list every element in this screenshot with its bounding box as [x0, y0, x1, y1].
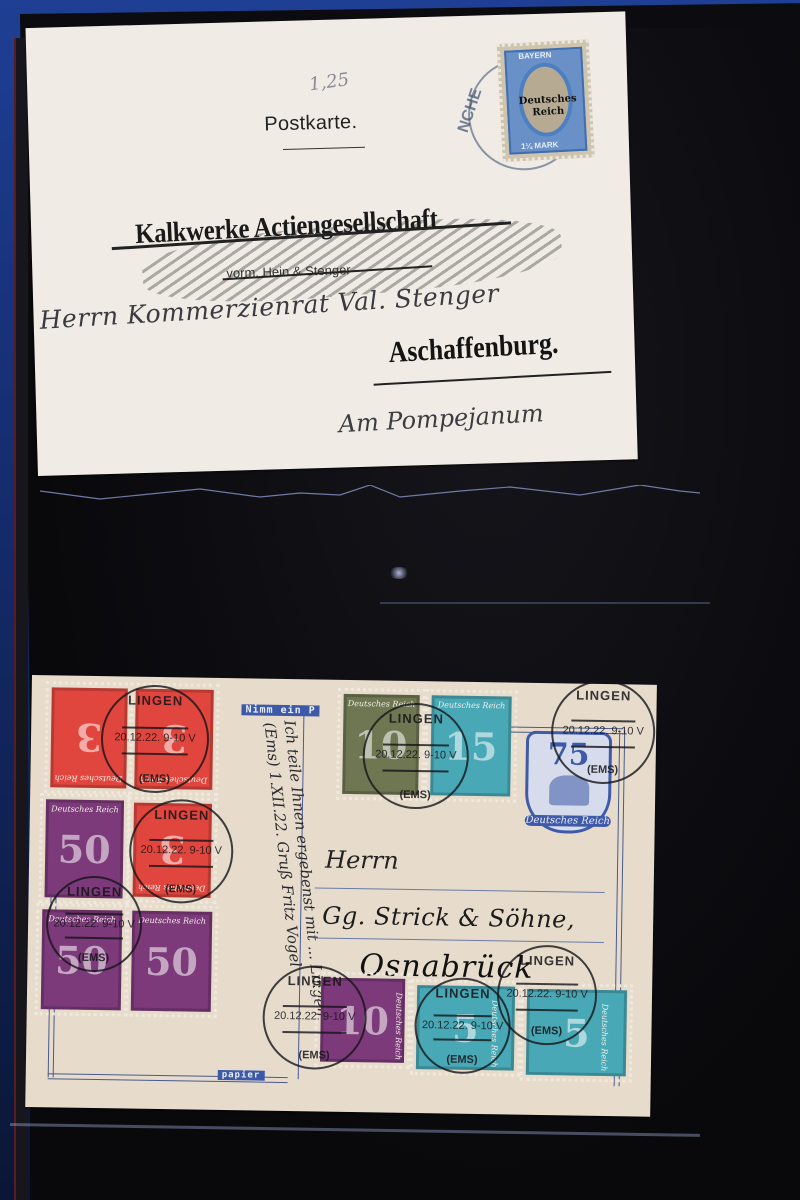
stamp-value: 3	[75, 715, 102, 760]
postmark-lingen: LINGEN20.12.22. 9-10 V(EMS)	[550, 679, 656, 785]
postmark-town: LINGEN	[48, 883, 140, 899]
city-rule	[374, 371, 612, 386]
postmark-town: LINGEN	[365, 710, 467, 727]
postmark-lingen: LINGEN20.12.22. 9-10 V(EMS)	[262, 965, 368, 1071]
postmark-dist: (EMS)	[364, 788, 466, 802]
postmark-date: 20.12.22. 9-10 V	[499, 988, 595, 1002]
pocket-edge-top	[40, 485, 700, 497]
postmark-town: LINGEN	[104, 692, 208, 709]
header-label: Nimm ein P	[241, 704, 319, 716]
postmark-date: 20.12.22. 9-10 V	[48, 917, 140, 930]
postmark-town: LINGEN	[132, 807, 232, 824]
handwritten-company: Gg. Strick & Söhne,	[322, 902, 575, 934]
card-heading: Postkarte.	[264, 111, 358, 137]
postmark-lingen: LINGEN20.12.22. 9-10 V(EMS)	[45, 875, 142, 972]
postmark-lingen: LINGEN20.12.22. 9-10 V(EMS)	[362, 702, 470, 810]
stamp-value: 50	[57, 826, 111, 872]
postmark-dist: (EMS)	[102, 772, 206, 786]
postmark-dist: (EMS)	[416, 1053, 508, 1066]
postmark-date: 20.12.22. 9-10 V	[265, 1010, 365, 1024]
stamp-value: 50	[145, 938, 199, 984]
stamp-top-text: BAYERN	[518, 50, 551, 61]
postcard-2: Nimm ein P papier Ich teile Ihnen ergebe…	[25, 675, 657, 1117]
stamp-caption: Deutsches Reich	[435, 700, 509, 710]
postmark-dist: (EMS)	[47, 951, 139, 964]
postmark-town: LINGEN	[499, 952, 595, 969]
heading-rule	[283, 147, 365, 150]
postmark-lingen: LINGEN20.12.22. 9-10 V(EMS)	[128, 799, 234, 905]
pocket-edge-middle	[380, 602, 710, 604]
stamp-face: Deutsches Reich50	[131, 911, 213, 1012]
postmark-lingen: LINGEN20.12.22. 9-10 V(EMS)	[496, 944, 598, 1046]
postmark-town: LINGEN	[554, 687, 654, 704]
printed-city: Aschaffenburg.	[388, 327, 559, 371]
postmark-dist: (EMS)	[552, 763, 652, 777]
postmark-town: LINGEN	[265, 973, 365, 990]
stamp-caption: Deutsches Reich	[599, 1002, 609, 1072]
light-glint	[388, 567, 410, 579]
postmark-dist: (EMS)	[131, 883, 231, 897]
postmark-date: 20.12.22. 9-10 V	[416, 1019, 508, 1032]
postmark-date: 20.12.22. 9-10 V	[365, 748, 467, 762]
stamp-caption: Deutsches Reich	[49, 804, 121, 814]
postmark-date: 20.12.22. 9-10 V	[131, 844, 231, 858]
stamp-caption: Deutsches Reich	[135, 916, 209, 926]
indicium-label: Deutsches Reich	[525, 815, 611, 827]
postcard-1: 1,25 Postkarte. Kalkwerke Actiengesellsc…	[25, 11, 637, 476]
address-line-2	[314, 937, 604, 943]
bavaria-overprint-stamp: BAYERN 1¼ MARK Deutsches Reich	[497, 39, 595, 162]
stamp-bottom-text: 1¼ MARK	[521, 140, 559, 151]
postmark-dist: (EMS)	[264, 1049, 364, 1063]
price-note: 1,25	[308, 69, 351, 95]
postmark-lingen: LINGEN20.12.22. 9-10 V(EMS)	[100, 684, 210, 794]
stamp-face: BAYERN 1¼ MARK Deutsches Reich	[504, 47, 587, 155]
postmark-date: 20.12.22. 9-10 V	[103, 731, 207, 745]
postmark-date: 20.12.22. 9-10 V	[553, 724, 653, 738]
handwritten-street: Am Pompejanum	[338, 399, 544, 438]
address-line-1	[315, 887, 605, 893]
handwritten-salutation: Herrn	[325, 846, 399, 875]
postmark-dist: (EMS)	[498, 1024, 594, 1038]
postmark-town: LINGEN	[417, 985, 509, 1001]
stamp-caption: Deutsches Reich	[393, 991, 403, 1061]
stamp-overprint: Deutsches Reich	[514, 93, 581, 120]
